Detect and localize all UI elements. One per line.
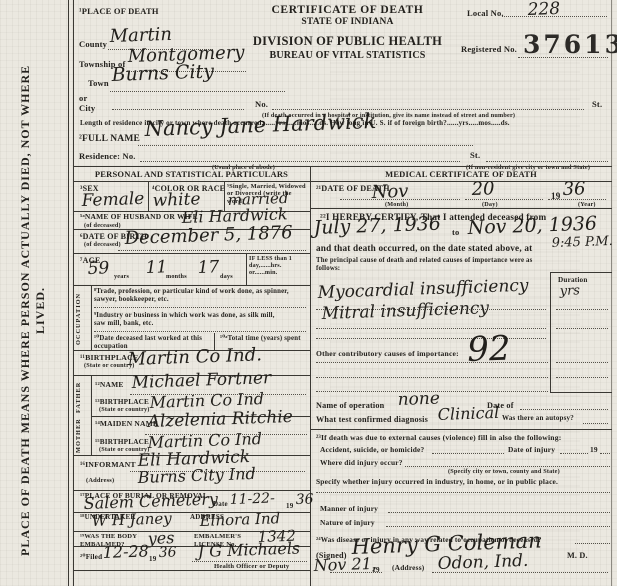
left-margin-note: PLACE OF DEATH MEANS WHERE PERSON ACTUAL… [18,55,48,565]
row-line-13 [74,570,310,571]
dob-line [118,250,306,251]
local-no-value: 228 [527,0,560,20]
autopsy-line [583,423,608,424]
row-line-4 [74,285,310,286]
physician-address-line [432,572,608,573]
death-certificate-document: PLACE OF DEATH MEANS WHERE PERSON ACTUAL… [0,0,617,586]
occupation-strip-divider [91,285,92,350]
signature-year-prefix: 19 [372,566,380,574]
street-no-line [272,109,584,110]
filed-year-prefix: 19 [149,556,156,564]
violence-label: Accident, suicide, or homicide? [320,446,424,454]
father-side-label: FATHER [75,379,82,415]
informant-label: ¹⁶INFORMANT [80,461,136,470]
dod-month-line [340,199,460,200]
md-label: M. D. [567,551,588,560]
occupation-trade-line [94,307,306,308]
column-divider [310,166,311,586]
external-causes-note: ²³If death was due to external causes (v… [316,434,561,443]
or-city-label: or City [79,94,105,113]
date-of-death-year: 36 [562,178,586,200]
contrib-line-1r [556,362,608,363]
age-years-value: 59 [87,258,109,279]
med-row-line-1 [310,208,612,209]
manner-line [388,512,610,513]
cause-1-duration: yrs [559,283,580,299]
title-state: STATE OF INDIANA [235,17,460,28]
undertaker-value: W H Janey [91,509,172,530]
contrib-line-2r [556,377,608,378]
burial-date-label: Date [213,501,228,509]
border-left-inner [73,0,74,586]
dod-year-line [548,199,606,200]
age-months-label: months [166,273,187,280]
full-name-line [138,145,473,146]
town-value: Burns City [111,60,214,86]
burial-year-prefix: 19 [286,503,293,511]
to-label: to [452,228,459,238]
operation-date-line [520,409,608,410]
specify-injury-note: Specify whether injury occurred in indus… [316,478,558,486]
contrib-line-1 [316,362,548,363]
full-name-value: Nancy Jane Hardwick [144,109,376,141]
occupation-trade-label: ⁸Trade, profession, or particular kind o… [94,288,294,303]
specify-line [316,492,610,493]
residence-line [140,161,460,162]
burial-year-value: 36 [295,491,313,508]
where-injury-note: (Specify city or town, county and State) [448,468,560,475]
contributory-label: Other contributory causes of importance: [316,350,459,359]
occupation-total-time-label: ¹⁰ᵃTotal time (years) spent [220,335,305,343]
date-of-birth-value: December 5, 1876 [124,222,293,249]
operation-label: Name of operation [316,401,384,410]
contrib-line-2 [316,377,548,378]
cause-line-2 [316,328,546,329]
autopsy-label: Was there an autopsy? [502,415,574,423]
filed-date-value: 12-28 [102,541,149,562]
manner-of-injury-label: Manner of injury [320,505,378,513]
principal-cause-note: The principal cause of death and related… [316,257,541,272]
band-line-bottom [73,181,612,182]
injury-year-prefix: 19 [590,446,598,454]
burial-date-value: 11-22- [229,490,275,508]
test-value: Clinical [437,403,499,424]
age-days-label: days [220,273,233,280]
occurred-line: and that death occurred, on the date sta… [316,243,532,253]
date-of-birth-sublabel: (of deceased) [84,241,121,248]
duration-box-bottom [550,392,612,393]
full-name-label: ²FULL NAME [79,134,140,145]
cause-of-death-1: Myocardial insufficiency [317,276,529,303]
town-label: Town [88,79,109,89]
health-officer-line [192,561,307,562]
contributory-value: 92 [467,329,512,370]
occupation-related-line [575,543,610,544]
date-of-death-day: 20 [471,178,495,200]
occupation-industry-label: ⁹Industry or business in which work was … [94,312,284,327]
sex-cell-divider1 [148,181,149,211]
street2-label: St. [470,151,480,161]
age-cell-divider [246,253,247,285]
attended-from-date: July 27, 1936 [313,213,441,239]
registered-no-stamp: 37613 [523,30,617,59]
injury-year-line [600,453,610,454]
injury-date-line [560,453,588,454]
occupation-side-label: OCCUPATION [75,290,82,347]
if-less-note: IF LESS than 1 day,......hrs. or......mi… [249,256,308,277]
day-sublabel: (Day) [482,201,498,208]
band-line-top [73,166,612,167]
injury-date-label: Date of injury [508,446,555,454]
spouse-sublabel: (of deceased) [84,222,121,229]
year-sublabel: (Year) [578,201,596,208]
violence-line [432,453,504,454]
spouse-label: ⁵ᵃNAME OF HUSBAND OR WIFE [80,213,198,222]
title-division: DIVISION OF PUBLIC HEALTH [225,34,470,48]
street-label: St. [592,100,602,110]
duration-box-top [550,272,612,273]
registered-no-label: Registered No. [461,45,517,55]
local-no-line [502,16,607,17]
operation-value: none [397,389,440,410]
cause-line-1r [556,309,608,310]
nature-line [386,526,610,527]
parent-strip-divider [91,375,92,455]
father-birthplace-sublabel: (State or country) [99,406,150,413]
father-birthplace-label: ¹³BIRTHPLACE [95,398,149,406]
father-name-label: ¹²NAME [95,381,124,390]
border-right [611,0,612,586]
cause-line-2r [556,328,608,329]
sex-value: Female [81,189,144,211]
city-line [112,109,244,110]
informant-address-value: Burns City Ind [137,464,256,487]
filed-label: ²⁰Filed [80,553,102,561]
occupation-industry-line [94,331,306,332]
title-bureau: BUREAU OF VITAL STATISTICS [225,50,470,61]
county-label: County [79,40,107,50]
street-no-label: No. [255,100,268,110]
age-months-value: 11 [145,257,167,278]
physician-address-value: Odon, Ind. [437,551,528,574]
residence-label: Residence: No. [79,152,136,162]
registered-no-line [518,57,608,58]
personal-section-title: PERSONAL AND STATISTICAL PARTICULARS [73,170,310,180]
street2-line [486,161,608,162]
mother-side-label: MOTHER [75,418,82,454]
test-label: What test confirmed diagnosis [316,415,428,424]
informant-address-label: (Address) [86,477,114,484]
med-row-line-2 [310,429,612,430]
mother-birthplace-label: ¹⁵BIRTHPLACE [95,438,149,446]
where-injury-line [405,466,610,467]
nature-of-injury-label: Nature of injury [320,519,375,527]
duration-column-divider [550,272,551,392]
mother-maiden-name-value: Alzelenia Ritchie [147,407,293,432]
age-days-value: 17 [197,257,219,278]
health-officer-signature: J G Michaels [197,538,300,561]
cause-of-death-2: Mitral insufficiency [321,298,489,324]
birthplace-value: Martin Co Ind. [127,344,262,370]
cause-line-3 [316,338,546,339]
physician-address-label: (Address) [392,564,424,572]
signature-date-line [330,572,382,573]
border-left-outer [68,0,69,586]
place-of-death-label: ¹PLACE OF DEATH [79,7,159,17]
month-sublabel: (Month) [385,201,408,208]
filed-year-value: 36 [158,544,176,561]
death-time-value: 9:45 P.M. [551,234,613,251]
row-line-3 [74,253,310,254]
age-years-label: years [114,273,129,280]
town-line [110,91,285,92]
local-no-label: Local No. [467,9,504,19]
county-value: Martin [109,24,172,47]
title-certificate: CERTIFICATE OF DEATH [235,4,460,17]
where-injury-label: Where did injury occur? [320,459,403,467]
dod-day-line [465,199,543,200]
